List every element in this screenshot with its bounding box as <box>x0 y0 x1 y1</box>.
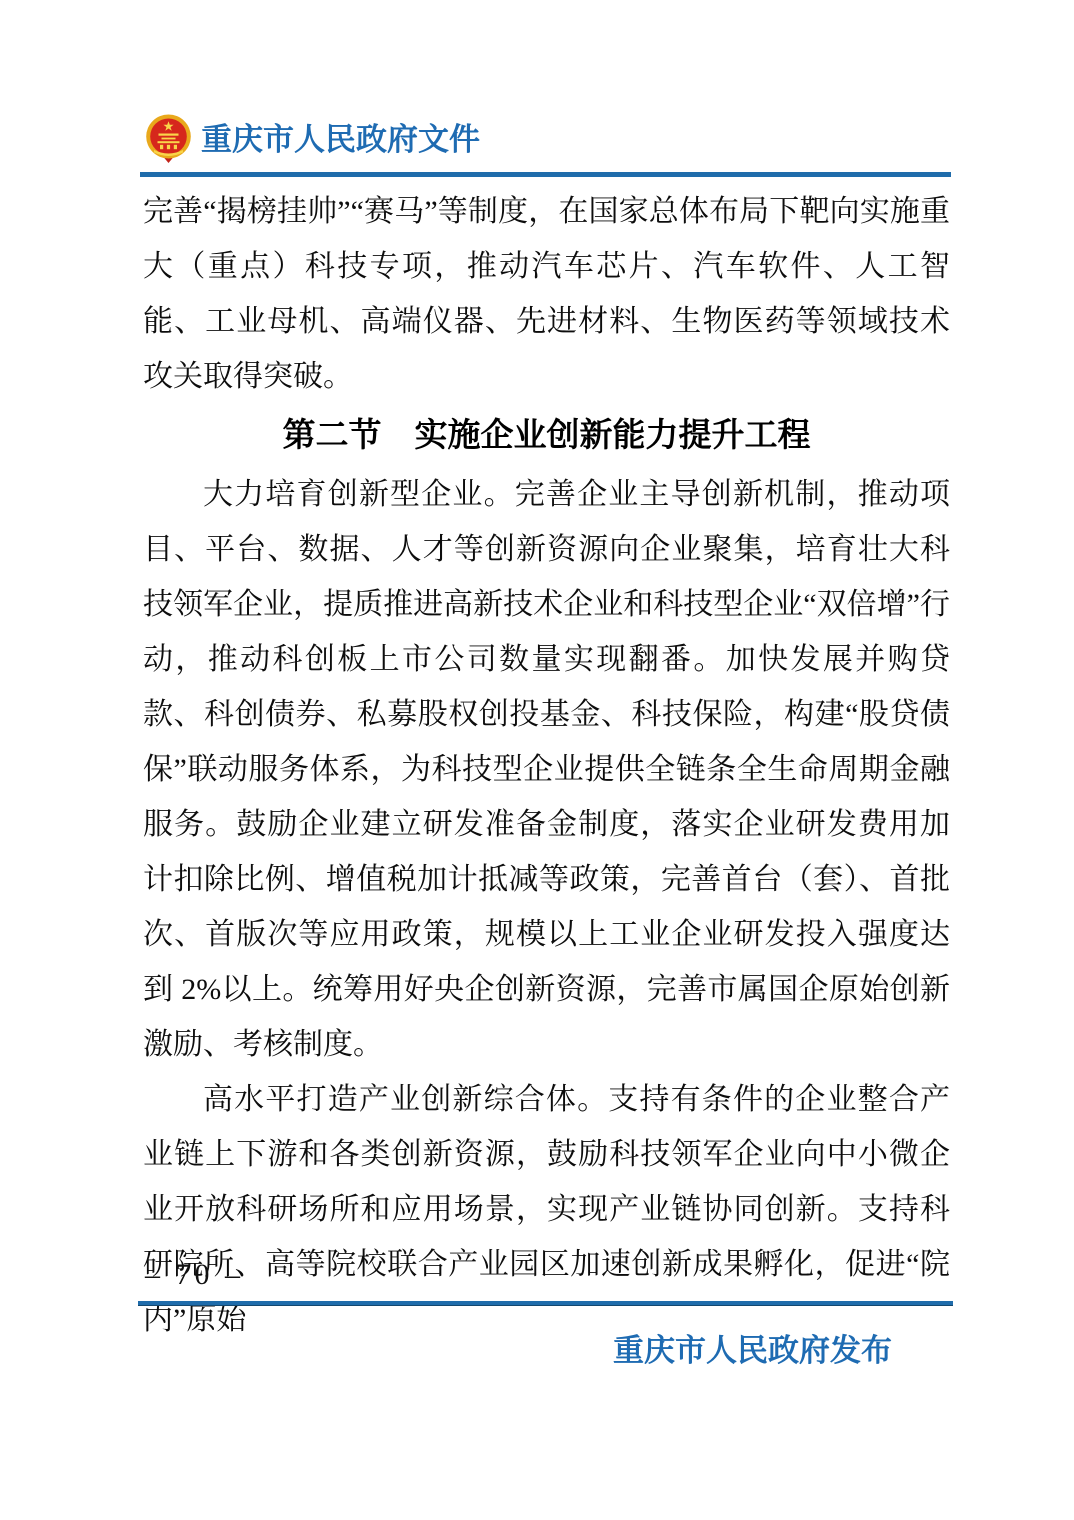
header-rule <box>140 172 951 177</box>
national-emblem-icon <box>145 114 192 164</box>
section-heading: 第二节 实施企业创新能力提升工程 <box>143 410 950 462</box>
body-paragraph-2: 大力培育创新型企业。完善企业主导创新机制，推动项目、平台、数据、人才等创新资源向… <box>143 467 950 1072</box>
footer-rule <box>138 1301 953 1306</box>
footer-publisher: 重庆市人民政府发布 <box>613 1325 892 1370</box>
page-number: – 70 – <box>145 1258 244 1292</box>
header-title: 重庆市人民政府文件 <box>201 116 480 163</box>
body-paragraph-1: 完善“揭榜挂帅”“赛马”等制度，在国家总体布局下靶向实施重大（重点）科技专项，推… <box>143 184 950 404</box>
document-body: 完善“揭榜挂帅”“赛马”等制度，在国家总体布局下靶向实施重大（重点）科技专项，推… <box>143 184 950 1347</box>
document-header: 重庆市人民政府文件 <box>145 114 480 164</box>
document-page: 重庆市人民政府文件 完善“揭榜挂帅”“赛马”等制度，在国家总体布局下靶向实施重大… <box>0 0 1074 1520</box>
